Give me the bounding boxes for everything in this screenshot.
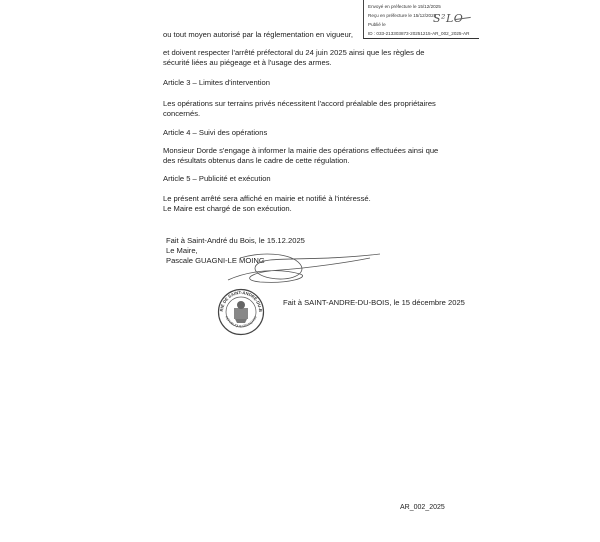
stamp-sent-date: Envoyé en préfecture le 15/12/2025 <box>368 2 479 11</box>
document-page: Envoyé en préfecture le 15/12/2025 Reçu … <box>0 0 600 542</box>
article-5-title: Article 5 – Publicité et exécution <box>163 174 271 184</box>
article-5-text: Le présent arrêté sera affiché en mairie… <box>163 194 371 204</box>
article-3-text: Les opérations sur terrains privés néces… <box>163 99 436 109</box>
article-3-title: Article 3 – Limites d'intervention <box>163 78 270 88</box>
paragraph-line: et doivent respecter l'arrêté préfectora… <box>163 48 424 58</box>
signature-place-date: Fait à Saint-André du Bois, le 15.12.202… <box>166 236 305 246</box>
footer-reference: AR_002_2025 <box>400 503 445 513</box>
signature-role: Le Maire, <box>166 246 198 256</box>
article-4-text: Monsieur Dorde s'engage à informer la ma… <box>163 146 438 156</box>
article-4-title: Article 4 – Suivi des opérations <box>163 128 267 138</box>
article-4-text: des résultats obtenus dans le cadre de c… <box>163 156 350 166</box>
article-3-text: concernés. <box>163 109 200 119</box>
municipal-seal-icon: MAIRIE DE SAINT-ANDRÉ-DU-BOIS RÉPUBLIQUE… <box>217 288 265 336</box>
paragraph-line: sécurité liées au piégeage et à l'usage … <box>163 58 332 68</box>
certification-line: Fait à SAINT-ANDRE-DU-BOIS, le 15 décemb… <box>283 298 465 308</box>
intro-line: ou tout moyen autorisé par la réglementa… <box>163 30 353 40</box>
stamp-id: ID : 033-213303873-20251215-AR_002_2025-… <box>368 29 479 38</box>
handwritten-signature-icon <box>220 250 380 290</box>
article-5-text: Le Maire est chargé de son exécution. <box>163 204 292 214</box>
